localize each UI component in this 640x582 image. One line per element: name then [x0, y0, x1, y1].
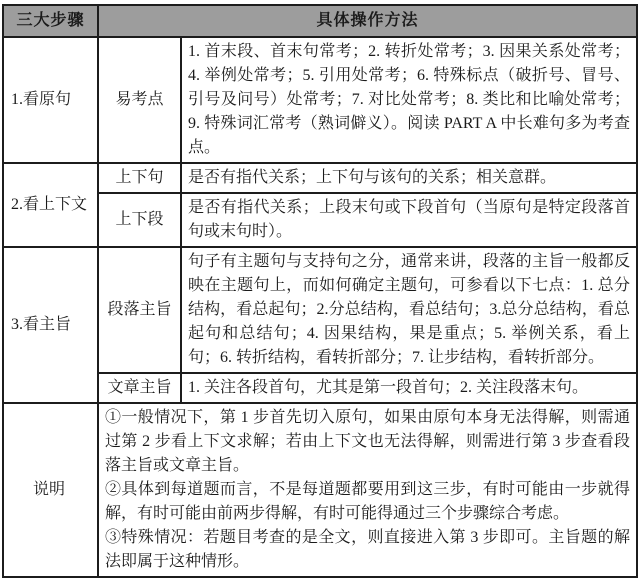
cell-step1-detail: 1. 首末段、首末句常考；2. 转折处常考；3. 因果关系处常考；4. 举例处常… [181, 37, 637, 163]
note-item-3: ③特殊情况：若题目考查的是全文，则直接进入第 3 步即可。主旨题的解法即属于这种… [105, 526, 630, 574]
note-item-1: ①一般情况下，第 1 步首先切入原句，如果由原句本身无法得解，则需通过第 2 步… [105, 406, 630, 478]
document-page: 三大步骤 具体操作方法 1.看原句 易考点 1. 首末段、首末句常考；2. 转折… [0, 0, 640, 582]
cell-step2-subcategory-2: 上下段 [98, 193, 181, 247]
row-step3-article-gist: 文章主旨 1. 关注各段首句，尤其是第一段首句；2. 关注段落末句。 [3, 373, 637, 403]
cell-step2-detail-2: 是否有指代关系；上段末句或下段首句（当原句是特定段落首句或末句时）。 [181, 193, 637, 247]
header-row: 三大步骤 具体操作方法 [3, 5, 637, 37]
cell-step3-subcategory-2: 文章主旨 [98, 373, 181, 403]
cell-step2-subcategory-1: 上下句 [98, 163, 181, 193]
cell-step1-subcategory: 易考点 [98, 37, 181, 163]
cell-step2-label: 2.看上下文 [3, 163, 98, 247]
cell-step3-subcategory-1: 段落主旨 [98, 247, 181, 373]
cell-notes-detail: ①一般情况下，第 1 步首先切入原句，如果由原句本身无法得解，则需通过第 2 步… [98, 403, 637, 577]
reading-steps-table: 三大步骤 具体操作方法 1.看原句 易考点 1. 首末段、首末句常考；2. 转折… [2, 4, 638, 578]
row-step2-context-sentence: 2.看上下文 上下句 是否有指代关系；上下句与该句的关系；相关意群。 [3, 163, 637, 193]
note-item-2: ②具体到每道题而言，不是每道题都要用到这三步，有时可能由一步就得解，有时可能由前… [105, 478, 630, 526]
header-cell-methods: 具体操作方法 [98, 5, 637, 37]
cell-notes-label: 说明 [3, 403, 98, 577]
row-step1: 1.看原句 易考点 1. 首末段、首末句常考；2. 转折处常考；3. 因果关系处… [3, 37, 637, 163]
cell-step2-detail-1: 是否有指代关系；上下句与该句的关系；相关意群。 [181, 163, 637, 193]
cell-step1-label: 1.看原句 [3, 37, 98, 163]
cell-step3-label: 3.看主旨 [3, 247, 98, 403]
row-step3-paragraph-gist: 3.看主旨 段落主旨 句子有主题句与支持句之分，通常来讲，段落的主旨一般都反映在… [3, 247, 637, 373]
header-cell-steps: 三大步骤 [3, 5, 98, 37]
row-notes: 说明 ①一般情况下，第 1 步首先切入原句，如果由原句本身无法得解，则需通过第 … [3, 403, 637, 577]
cell-step3-detail-2: 1. 关注各段首句，尤其是第一段首句；2. 关注段落末句。 [181, 373, 637, 403]
cell-step3-detail-1: 句子有主题句与支持句之分，通常来讲，段落的主旨一般都反映在主题句上，而如何确定主… [181, 247, 637, 373]
row-step2-context-paragraph: 上下段 是否有指代关系；上段末句或下段首句（当原句是特定段落首句或末句时）。 [3, 193, 637, 247]
